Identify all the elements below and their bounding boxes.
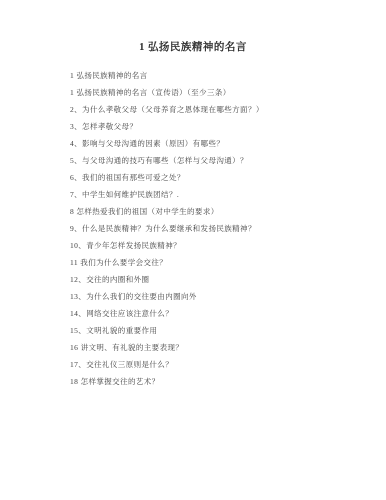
list-item: 8 怎样热爱我们的祖国（对中学生的要求） xyxy=(70,203,346,220)
list-item: 6、我们的祖国有那些可爱之处？ xyxy=(70,169,346,186)
document-page: 1 弘扬民族精神的名言 1 弘扬民族精神的名言1 弘扬民族精神的名言（宣传语）（… xyxy=(0,0,386,500)
list-item: 18 怎样掌握交往的艺术？ xyxy=(70,373,346,390)
list-item: 2、为什么孝敬父母（父母养育之恩体现在哪些方面？） xyxy=(70,101,346,118)
list-item: 17、交往礼仪三原则是什么？ xyxy=(70,356,346,373)
list-item: 5、与父母沟通的技巧有哪些（怎样与父母沟通）？ xyxy=(70,152,346,169)
list-item: 1 弘扬民族精神的名言 xyxy=(70,67,346,84)
list-item: 14、网络交往应该注意什么？ xyxy=(70,305,346,322)
document-title: 1 弘扬民族精神的名言 xyxy=(0,42,386,54)
list-item: 12、交往的内圈和外圈 xyxy=(70,271,346,288)
list-item: 1 弘扬民族精神的名言（宣传语）（至少三条） xyxy=(70,84,346,101)
list-item: 13、为什么我们的交往要由内圈向外 xyxy=(70,288,346,305)
list-item: 15、文明礼貌的重要作用 xyxy=(70,322,346,339)
question-list: 1 弘扬民族精神的名言1 弘扬民族精神的名言（宣传语）（至少三条）2、为什么孝敬… xyxy=(0,67,386,390)
list-item: 11 我们为什么要学会交往？ xyxy=(70,254,346,271)
list-item: 3、怎样孝敬父母？ xyxy=(70,118,346,135)
list-item: 16 讲文明、有礼貌的主要表现？ xyxy=(70,339,346,356)
list-item: 4、影响与父母沟通的因素（原因）有哪些？ xyxy=(70,135,346,152)
list-item: 9、什么是民族精神？为什么要继承和发扬民族精神？ xyxy=(70,220,346,237)
list-item: 10、青少年怎样发扬民族精神？ xyxy=(70,237,346,254)
list-item: 7、中学生如何维护民族团结？. xyxy=(70,186,346,203)
